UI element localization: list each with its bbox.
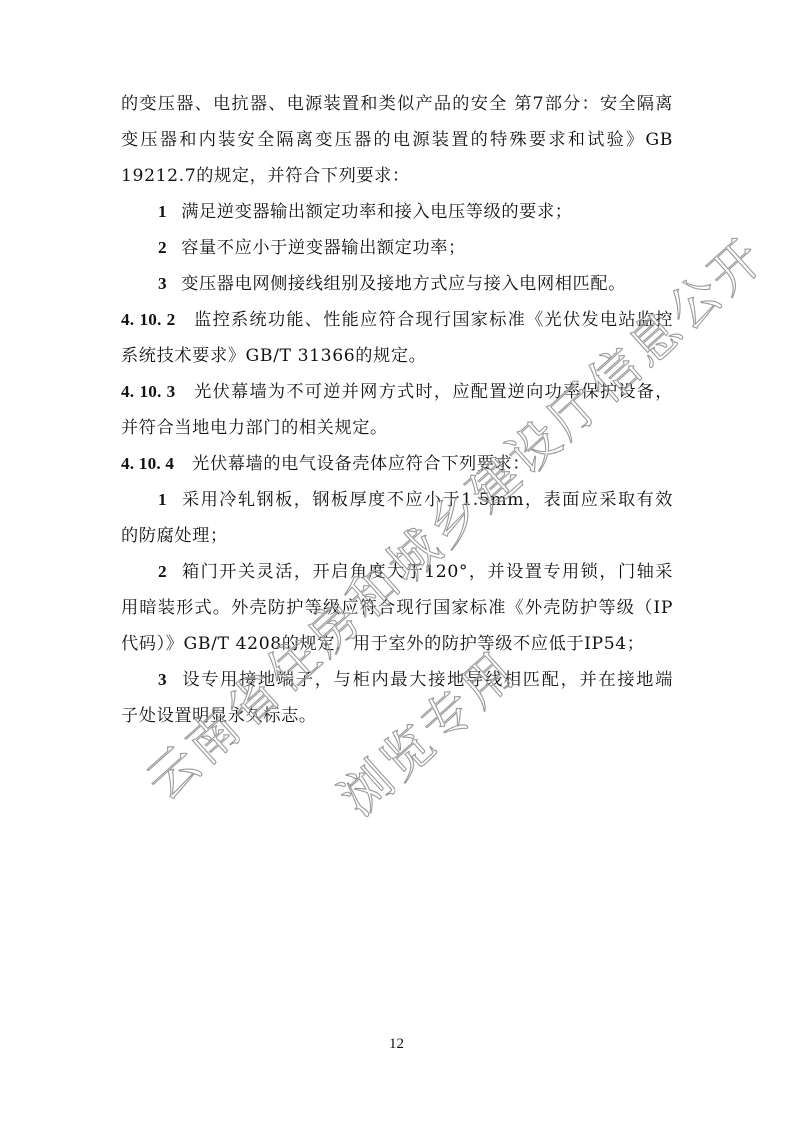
clause-4-10-4: 4. 10. 4光伏幕墙的电气设备壳体应符合下列要求： (121, 446, 673, 482)
paragraph-line: 的防腐处理； (121, 518, 673, 554)
list-item-number: 2 (158, 238, 167, 257)
paragraph-line: 19212.7的规定，并符合下列要求： (121, 158, 673, 194)
list-item-number: 3 (158, 274, 167, 293)
list-item-number: 2 (158, 562, 167, 581)
paragraph-line: 并符合当地电力部门的相关规定。 (121, 410, 673, 446)
list-item: 1满足逆变器输出额定功率和接入电压等级的要求； (121, 194, 673, 230)
list-item-text: 设专用接地端子，与柜内最大接地导线相匹配，并在接地端 (181, 670, 673, 690)
page-number: 12 (0, 1036, 793, 1053)
list-item: 3变压器电网侧接线组别及接地方式应与接入电网相匹配。 (121, 266, 673, 302)
paragraph-line: 代码）》GB/T 4208的规定，用于室外的防护等级不应低于IP54； (121, 626, 673, 662)
clause-4-10-3: 4. 10. 3光伏幕墙为不可逆并网方式时，应配置逆向功率保护设备， (121, 374, 673, 410)
paragraph-line: 的变压器、电抗器、电源装置和类似产品的安全 第7部分：安全隔离 (121, 86, 673, 122)
clause-text: 光伏幕墙的电气设备壳体应符合下列要求： (192, 454, 530, 474)
list-item: 3设专用接地端子，与柜内最大接地导线相匹配，并在接地端 (121, 662, 673, 698)
list-item-text: 箱门开关灵活，开启角度大于120°，并设置专用锁，门轴采 (181, 562, 673, 582)
paragraph-line: 系统技术要求》GB/T 31366的规定。 (121, 338, 673, 374)
clause-number: 4. 10. 4 (121, 454, 174, 473)
list-item-text: 变压器电网侧接线组别及接地方式应与接入电网相匹配。 (181, 274, 626, 294)
list-item: 1采用冷轧钢板，钢板厚度不应小于1.5mm，表面应采取有效 (121, 482, 673, 518)
paragraph-line: 用暗装形式。外壳防护等级应符合现行国家标准《外壳防护等级（IP (121, 590, 673, 626)
list-item: 2箱门开关灵活，开启角度大于120°，并设置专用锁，门轴采 (121, 554, 673, 590)
list-item-number: 1 (158, 202, 167, 221)
list-item-text: 采用冷轧钢板，钢板厚度不应小于1.5mm，表面应采取有效 (181, 490, 673, 510)
paragraph-line: 子处设置明显永久标志。 (121, 698, 673, 734)
page-body: 的变压器、电抗器、电源装置和类似产品的安全 第7部分：安全隔离 变压器和内装安全… (121, 86, 673, 734)
document-page: 的变压器、电抗器、电源装置和类似产品的安全 第7部分：安全隔离 变压器和内装安全… (0, 0, 793, 1122)
clause-text: 光伏幕墙为不可逆并网方式时，应配置逆向功率保护设备， (193, 382, 673, 402)
list-item-number: 3 (158, 670, 167, 689)
clause-number: 4. 10. 2 (121, 310, 175, 329)
list-item-number: 1 (158, 490, 167, 509)
clause-number: 4. 10. 3 (121, 382, 175, 401)
clause-4-10-2: 4. 10. 2监控系统功能、性能应符合现行国家标准《光伏发电站监控 (121, 302, 673, 338)
paragraph-line: 变压器和内装安全隔离变压器的电源装置的特殊要求和试验》GB (121, 122, 673, 158)
clause-text: 监控系统功能、性能应符合现行国家标准《光伏发电站监控 (193, 310, 673, 330)
list-item: 2容量不应小于逆变器输出额定功率； (121, 230, 673, 266)
list-item-text: 容量不应小于逆变器输出额定功率； (181, 238, 466, 258)
list-item-text: 满足逆变器输出额定功率和接入电压等级的要求； (181, 202, 572, 222)
